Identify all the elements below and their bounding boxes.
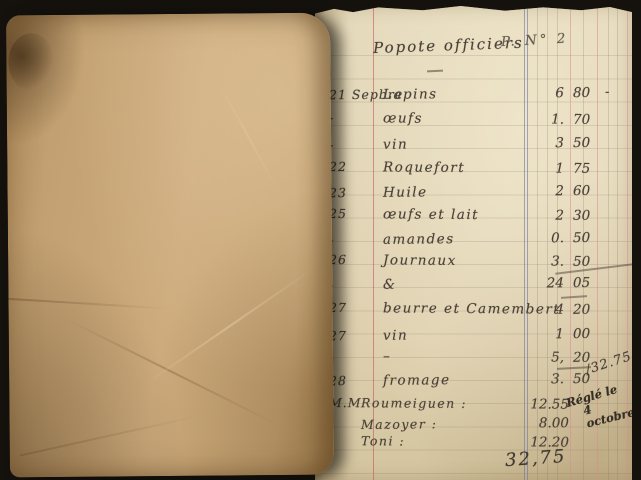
- cents-cell: 50: [573, 230, 603, 246]
- ledger-row: -œufs1.70: [315, 110, 632, 136]
- francs-cell: 1: [520, 326, 564, 342]
- left-page: [6, 13, 334, 478]
- amount-cell: 12.55: [509, 396, 569, 412]
- cents-cell: 00: [573, 326, 603, 342]
- cents-cell: 05: [573, 275, 603, 291]
- francs-cell: 5,: [520, 349, 564, 365]
- date-cell: 22: [329, 159, 375, 174]
- ledger-row: 27beurre et Camembert420: [315, 300, 632, 326]
- francs-cell: 0.: [520, 230, 564, 246]
- ledger-row: -Toni :12.20: [315, 433, 632, 459]
- francs-cell: 24: [520, 275, 564, 291]
- crease-line: [63, 317, 277, 425]
- cents-cell: 50: [573, 135, 603, 151]
- cents-cell: 75: [573, 161, 603, 177]
- crease-line: [20, 415, 201, 457]
- amount-cell: 8.00: [509, 415, 569, 432]
- date-cell: 26: [329, 252, 375, 267]
- cents-cell: 20: [573, 302, 603, 318]
- crease-line: [9, 298, 169, 310]
- francs-cell: 3.: [520, 253, 564, 269]
- crease-line: [144, 268, 314, 386]
- date-cell: -: [329, 110, 375, 125]
- ledger-row: 25œufs et lait230: [315, 206, 632, 232]
- ledger-row: -&2405: [315, 275, 632, 302]
- right-page: Popote officiers P. N° 2 21 SepbreLapins…: [315, 6, 632, 480]
- francs-cell: 1.: [520, 111, 564, 127]
- date-cell: -: [329, 137, 375, 152]
- date-cell: 21 Sepbre: [329, 87, 375, 102]
- ledger-row: 21 SepbreLapins680-: [315, 85, 632, 112]
- francs-cell: 3.: [520, 371, 564, 387]
- francs-cell: 2: [520, 183, 564, 199]
- date-cell: 23: [329, 185, 375, 200]
- trail-cell: -: [605, 85, 610, 100]
- cents-cell: 60: [573, 183, 603, 199]
- date-cell: 28: [329, 373, 375, 388]
- francs-cell: 6: [520, 85, 564, 101]
- date-cell: -: [329, 277, 375, 292]
- francs-cell: 4: [520, 301, 564, 317]
- francs-cell: 1: [520, 160, 564, 176]
- grand-total: 32,75: [504, 446, 567, 471]
- ledger-row: 22Roquefort175: [315, 159, 632, 185]
- ledger-row: -vin350: [315, 135, 632, 162]
- stain: [8, 33, 55, 91]
- date-cell: 27: [329, 328, 375, 343]
- date-cell: 25: [329, 206, 375, 221]
- cents-cell: 30: [573, 208, 603, 224]
- francs-cell: 2: [520, 207, 564, 223]
- crease-line: [218, 81, 277, 187]
- francs-cell: 3: [520, 135, 564, 151]
- date-cell: -: [329, 232, 375, 247]
- photo-backdrop: Popote officiers P. N° 2 21 SepbreLapins…: [0, 0, 641, 480]
- cents-cell: 70: [573, 112, 603, 128]
- cents-cell: 80: [573, 85, 603, 101]
- date-cell: 27: [329, 300, 375, 315]
